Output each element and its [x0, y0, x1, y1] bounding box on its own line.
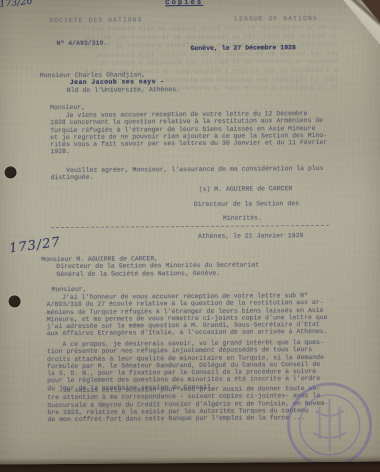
scan-background: et de la restitution de leurs biens lais…	[0, 0, 380, 472]
text-line: aux Affaires Etrangères d'Italie, à l'oc…	[47, 328, 347, 338]
letter2-salutation: Monsieur,	[51, 286, 86, 294]
letter1-addressee: Monsieur Charles Ghandjian, Jean Jacoub …	[40, 71, 180, 94]
letterhead: SOCIETE DES NATIONS LEAGUE OF NATIONS	[0, 14, 380, 17]
letter1-closing: Veuillez agréer, Monsieur, l'assurance d…	[51, 165, 341, 182]
page-bottom-shadow	[0, 455, 380, 464]
letter1-salutation: Monsieur,	[50, 104, 85, 112]
letter2-dateline: Athènes, le 21 Janvier 1929	[198, 232, 303, 240]
addressee-street: Bld de l'Université, Athènes.	[40, 86, 180, 94]
letter2-addressee: Monsieur M. AGUIRRE de CARCER, Directeur…	[41, 254, 259, 278]
document-page: et de la restitution de leurs biens lais…	[0, 0, 380, 465]
org-name-french: SOCIETE DES NATIONS	[49, 16, 142, 24]
stamp-emblem-icon	[285, 381, 374, 465]
bleedthrough-line: Monsieur le Directeur de la Section des …	[33, 58, 338, 69]
letter1-dateline: Genève, le 27 Décembre 1928	[191, 44, 296, 52]
org-name-english: LEAGUE OF NATIONS	[234, 15, 317, 23]
reference-number: Nº 4/A93/310.	[57, 40, 108, 48]
page-title: Copies	[0, 0, 374, 9]
punch-hole	[5, 166, 17, 178]
circular-stamp	[285, 381, 374, 465]
letter1-signature-title1: Directeur de la Section des	[194, 200, 299, 208]
punch-hole	[9, 295, 21, 307]
letter1-signature-title2: Minorités.	[223, 214, 262, 222]
bleedthrough-line: et de la restitution de leurs biens lais…	[32, 24, 337, 35]
file-number-annotation-margin: 173/27	[8, 235, 61, 257]
letter2-paragraph1: J'ai l'honneur de vous accuser réception…	[47, 292, 347, 338]
letter1-body: Je viens vous accuser réception de votre…	[50, 110, 340, 156]
letter1-signature: (s) M. AGUIRRE de CARCER	[199, 185, 293, 193]
divider-line	[51, 225, 329, 228]
addressee-title2: Général de la Société des Nations, Genèv…	[41, 269, 259, 278]
